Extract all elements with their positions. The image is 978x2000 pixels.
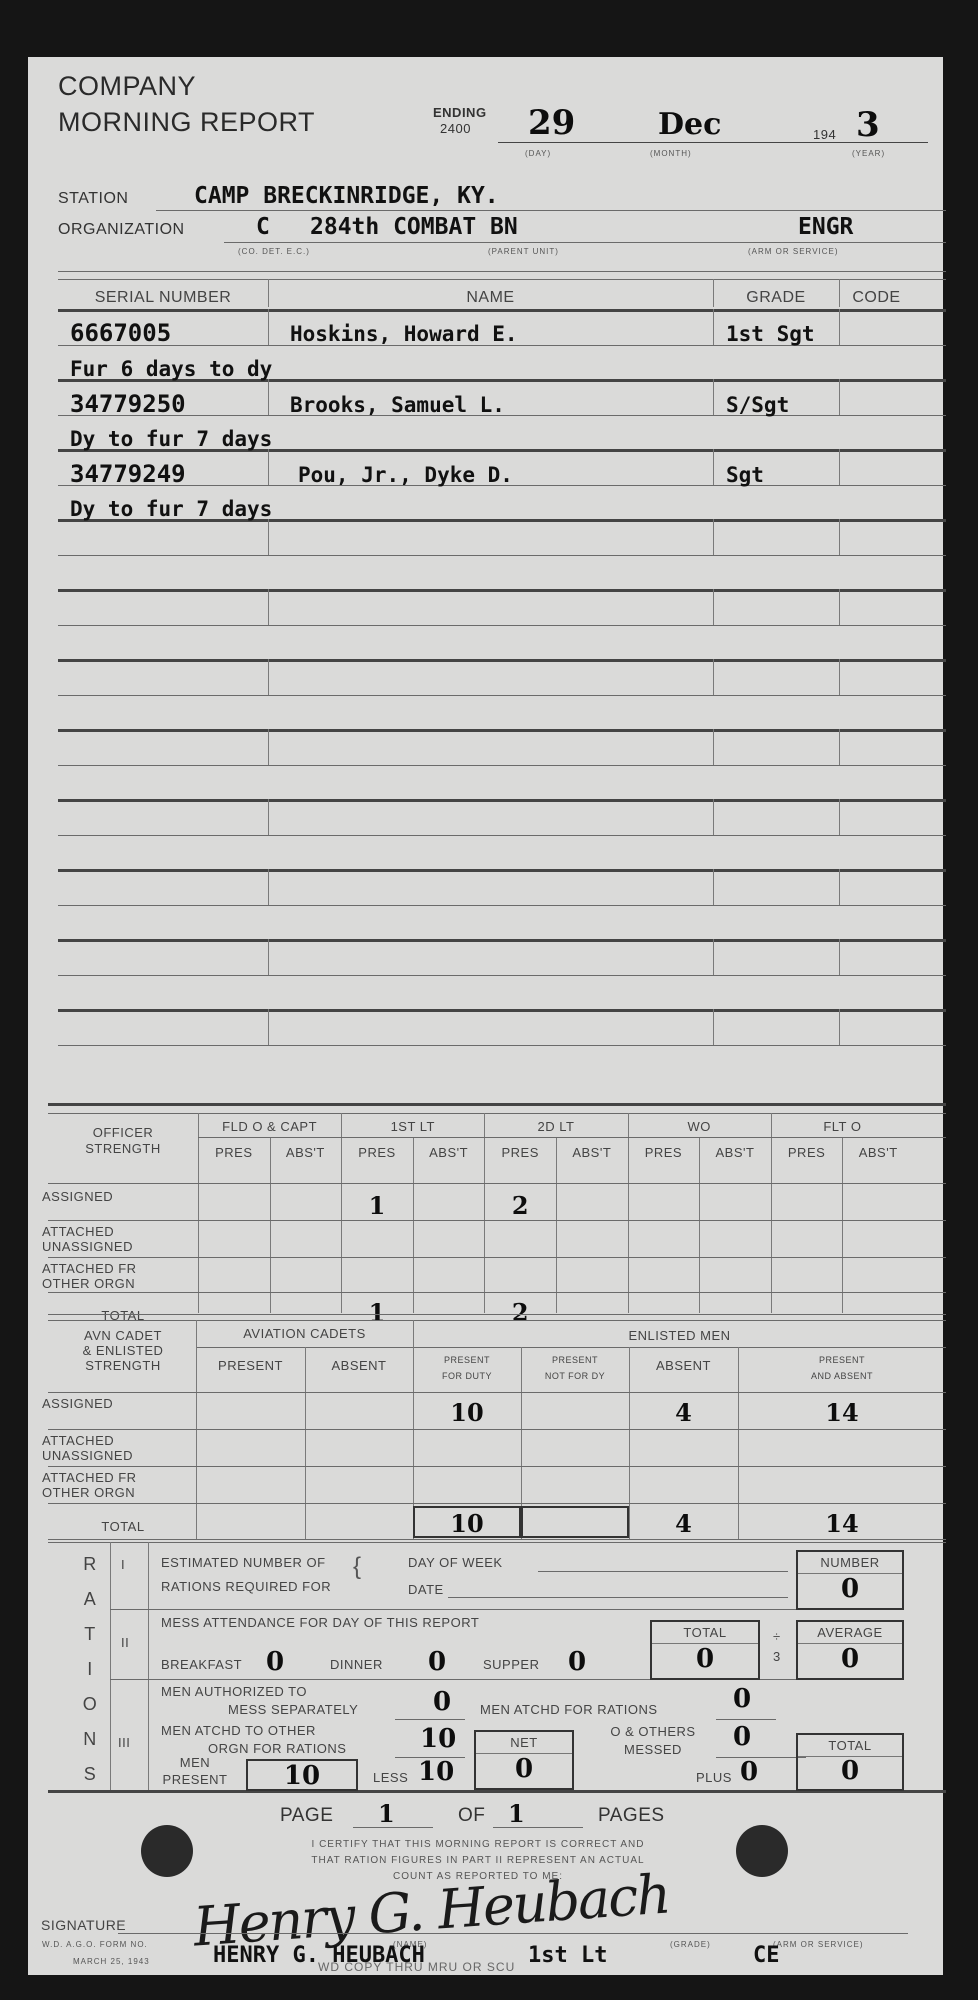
- mess-separately-1: MEN AUTHORIZED TO: [161, 1684, 307, 1699]
- others-messed-label: O & OTHERS MESSED: [593, 1723, 713, 1759]
- row-label-text: ASSIGNED: [42, 1396, 197, 1411]
- entry-name: Hoskins, Howard E.: [290, 322, 518, 346]
- row-label-text: ATTACHED FR: [42, 1470, 197, 1485]
- form-title-company: COMPANY: [58, 71, 196, 102]
- form-date: MARCH 25, 1943: [73, 1957, 150, 1966]
- row-label-text: OTHER ORGN: [42, 1276, 197, 1291]
- aviation-cadets-header: AVIATION CADETS: [196, 1326, 413, 1341]
- rations-letter: A: [80, 1582, 100, 1617]
- organization-label: ORGANIZATION: [58, 221, 185, 239]
- mess-total-value: 0: [652, 1644, 758, 1674]
- enlisted-col-header: PRESENT: [196, 1358, 305, 1373]
- rations-total-value: 0: [798, 1757, 902, 1785]
- average-label: AVERAGE: [798, 1622, 902, 1644]
- supper-value: 0: [568, 1647, 586, 1677]
- row-label-text: ATTACHED FR: [42, 1261, 197, 1276]
- atchd-for-rations-value: 0: [733, 1684, 751, 1714]
- entry-serial: 34779250: [70, 390, 186, 418]
- rations-letter: S: [80, 1757, 100, 1792]
- total-pages: 1: [508, 1799, 525, 1828]
- row-label-text: OTHER ORGN: [42, 1485, 197, 1500]
- officer-sub-abst: ABS'T: [270, 1145, 342, 1160]
- organization-company: C: [256, 214, 270, 240]
- part-ii-numeral: II: [121, 1635, 129, 1650]
- row-label-text: UNASSIGNED: [42, 1239, 197, 1254]
- ending-label: ENDING: [433, 105, 487, 120]
- rations-letter: I: [80, 1652, 100, 1687]
- organization-arm-service: ENGR: [798, 214, 853, 240]
- mess-total-label: TOTAL: [652, 1622, 758, 1644]
- morning-report-card: COMPANY MORNING REPORT ENDING 2400 29 (D…: [28, 57, 943, 1975]
- year-prefix: 194: [813, 127, 836, 142]
- supper-label: SUPPER: [483, 1657, 539, 1672]
- date-label: DATE: [408, 1582, 444, 1597]
- enlisted-row-label: TOTAL: [48, 1519, 198, 1534]
- ending-time: 2400: [440, 121, 471, 136]
- officer-sub-abst: ABS'T: [413, 1145, 485, 1160]
- dinner-value: 0: [428, 1647, 446, 1677]
- enlisted-col-header: PRESENT AND ABSENT: [738, 1352, 946, 1384]
- total-present-duty-box: [413, 1506, 521, 1538]
- officer-sub-abst: ABS'T: [699, 1145, 771, 1160]
- less-label: LESS: [373, 1770, 408, 1785]
- grade-sublabel: (GRADE): [670, 1940, 711, 1949]
- row-label-text: STRENGTH: [48, 1358, 198, 1373]
- col-serial-number: SERIAL NUMBER: [58, 289, 268, 307]
- divide-sign: ÷: [773, 1629, 781, 1644]
- enlisted-row-label: ASSIGNED: [42, 1396, 197, 1411]
- part-i-text-1: ESTIMATED NUMBER OF: [161, 1555, 326, 1570]
- enlisted-col-header: ABSENT: [305, 1358, 413, 1373]
- average-value: 0: [798, 1644, 902, 1674]
- arm-service-footer-sublabel: (ARM OR SERVICE): [773, 1940, 864, 1949]
- men-present-line1: MEN: [150, 1754, 240, 1771]
- rations-side-label: R A T I O N S: [80, 1547, 100, 1792]
- enlisted-cell: 14: [738, 1509, 946, 1538]
- year-label: (YEAR): [852, 149, 885, 158]
- officer-sub-pres: PRES: [198, 1145, 270, 1160]
- of-label: OF: [458, 1805, 485, 1827]
- men-present-box: 10: [246, 1759, 358, 1791]
- pages-label: PAGES: [598, 1805, 665, 1827]
- page-label: PAGE: [280, 1805, 333, 1827]
- officer-row-label: ATTACHED UNASSIGNED: [42, 1224, 197, 1254]
- row-label-text: ASSIGNED: [42, 1189, 197, 1204]
- less-value: 10: [418, 1757, 454, 1787]
- enlisted-cell: 4: [629, 1509, 738, 1538]
- signer-service: CE: [753, 1943, 780, 1968]
- rations-letter: R: [80, 1547, 100, 1582]
- dinner-label: DINNER: [330, 1657, 383, 1672]
- organization-parent-unit: 284th COMBAT BN: [310, 214, 518, 240]
- row-label-text: FOR DUTY: [413, 1368, 521, 1384]
- report-year-digit: 3: [856, 105, 880, 145]
- divisor: 3: [773, 1649, 781, 1664]
- officer-cell: 1: [341, 1298, 413, 1327]
- rations-total-box: TOTAL 0: [796, 1733, 904, 1791]
- rations-total-label: TOTAL: [798, 1735, 902, 1757]
- others-line1: O & OTHERS: [593, 1723, 713, 1741]
- signature-label: SIGNATURE: [41, 1917, 126, 1933]
- row-label-text: NOT FOR DY: [521, 1368, 629, 1384]
- officer-sub-abst: ABS'T: [556, 1145, 628, 1160]
- form-number: W.D. A.G.O. FORM NO.: [42, 1940, 148, 1949]
- net-value: 0: [476, 1754, 572, 1784]
- plus-value: 0: [740, 1757, 758, 1787]
- report-day: 29: [528, 103, 575, 143]
- certify-line1: I CERTIFY THAT THIS MORNING REPORT IS CO…: [238, 1837, 718, 1853]
- part-iii-numeral: III: [118, 1735, 130, 1750]
- row-label-text: PRESENT: [738, 1352, 946, 1368]
- net-label: NET: [476, 1732, 572, 1754]
- col-code: CODE: [839, 289, 914, 307]
- men-present-value: 10: [248, 1761, 356, 1791]
- binder-hole-right: [736, 1825, 788, 1877]
- officer-sub-pres: PRES: [484, 1145, 556, 1160]
- entry-remark: Dy to fur 7 days: [70, 427, 272, 451]
- entry-name: Brooks, Samuel L.: [290, 393, 505, 417]
- enlisted-cell: 10: [413, 1398, 521, 1427]
- company-sublabel: (CO. DET. E.C.): [238, 247, 310, 256]
- enlisted-title: AVN CADET & ENLISTED STRENGTH: [48, 1328, 198, 1373]
- entry-serial: 34779249: [70, 460, 186, 488]
- officer-sub-pres: PRES: [341, 1145, 413, 1160]
- officer-group-header: 1ST LT: [341, 1119, 484, 1134]
- row-label-text: AND ABSENT: [738, 1368, 946, 1384]
- officer-sub-abst: ABS'T: [842, 1145, 914, 1160]
- others-line2: MESSED: [593, 1741, 713, 1759]
- entry-name: Pou, Jr., Dyke D.: [298, 463, 513, 487]
- mess-attendance-title: MESS ATTENDANCE FOR DAY OF THIS REPORT: [161, 1615, 479, 1630]
- officer-group-header: WO: [628, 1119, 771, 1134]
- average-box: AVERAGE 0: [796, 1620, 904, 1680]
- station-label: STATION: [58, 190, 128, 208]
- officer-cell: 2: [484, 1191, 556, 1220]
- row-label-text: ABSENT: [629, 1358, 738, 1373]
- mess-separately-value: 0: [433, 1687, 451, 1717]
- entry-grade: 1st Sgt: [726, 322, 815, 346]
- mess-separately-2: MESS SEPARATELY: [228, 1702, 358, 1717]
- enlisted-col-header: ABSENT: [629, 1358, 738, 1373]
- parent-unit-sublabel: (PARENT UNIT): [488, 247, 559, 256]
- officer-group-header: FLD O & CAPT: [198, 1119, 341, 1134]
- enlisted-cell: 14: [738, 1398, 946, 1427]
- plus-label: PLUS: [696, 1770, 732, 1785]
- brace-icon: {: [353, 1553, 362, 1581]
- col-name: NAME: [268, 289, 713, 307]
- row-label-text: PRESENT: [413, 1352, 521, 1368]
- officer-cell: 2: [484, 1298, 556, 1327]
- enlisted-cell: 4: [629, 1398, 738, 1427]
- atchd-other-1: MEN ATCHD TO OTHER: [161, 1723, 316, 1738]
- enlisted-men-header: ENLISTED MEN: [413, 1328, 946, 1343]
- day-of-week-label: DAY OF WEEK: [408, 1555, 503, 1570]
- officer-row-label: ASSIGNED: [42, 1189, 197, 1204]
- officer-group-header: 2D LT: [484, 1119, 627, 1134]
- enlisted-row-label: ATTACHED FR OTHER ORGN: [42, 1470, 197, 1500]
- breakfast-value: 0: [266, 1647, 284, 1677]
- month-label: (MONTH): [650, 149, 692, 158]
- men-present-label: MEN PRESENT: [150, 1754, 240, 1788]
- number-value: 0: [798, 1574, 902, 1604]
- entry-remark: Fur 6 days to dy: [70, 357, 272, 381]
- rations-letter: T: [80, 1617, 100, 1652]
- enlisted-col-header: PRESENT NOT FOR DY: [521, 1352, 629, 1384]
- net-box: NET 0: [474, 1730, 574, 1790]
- enlisted-row-label: ATTACHED UNASSIGNED: [42, 1433, 197, 1463]
- row-label-text: ABSENT: [305, 1358, 413, 1373]
- row-label-text: AVN CADET: [48, 1328, 198, 1343]
- officer-sub-pres: PRES: [628, 1145, 700, 1160]
- form-title-morning-report: MORNING REPORT: [58, 107, 315, 138]
- page-number: 1: [378, 1799, 395, 1828]
- officer-group-header: FLT O: [771, 1119, 914, 1134]
- number-label: NUMBER: [798, 1552, 902, 1574]
- mess-total-box: TOTAL 0: [650, 1620, 760, 1680]
- report-month: Dec: [658, 107, 721, 142]
- officer-sub-pres: PRES: [771, 1145, 843, 1160]
- row-label-text: & ENLISTED: [48, 1343, 198, 1358]
- arm-service-sublabel: (ARM OR SERVICE): [748, 247, 839, 256]
- entry-remark: Dy to fur 7 days: [70, 497, 272, 521]
- breakfast-label: BREAKFAST: [161, 1657, 242, 1672]
- row-label-text: UNASSIGNED: [42, 1448, 197, 1463]
- row-label-text: ATTACHED: [42, 1433, 197, 1448]
- part-i-numeral: I: [121, 1557, 125, 1572]
- entry-grade: Sgt: [726, 463, 764, 487]
- signer-grade: 1st Lt: [528, 1943, 607, 1968]
- officer-cell: 1: [341, 1191, 413, 1220]
- station-value: CAMP BRECKINRIDGE, KY.: [194, 183, 499, 209]
- men-present-line2: PRESENT: [150, 1771, 240, 1788]
- atchd-other-value: 10: [420, 1724, 456, 1754]
- part-i-text-2: RATIONS REQUIRED FOR: [161, 1579, 331, 1594]
- binder-hole-left: [141, 1825, 193, 1877]
- entry-serial: 6667005: [70, 319, 171, 347]
- rations-letter: N: [80, 1722, 100, 1757]
- officer-title-line2: STRENGTH: [48, 1141, 198, 1157]
- enlisted-col-header: PRESENT FOR DUTY: [413, 1352, 521, 1384]
- col-grade: GRADE: [713, 289, 839, 307]
- copy-stamp: WD COPY THRU MRU OR SCU: [318, 1960, 515, 1974]
- rations-letter: O: [80, 1687, 100, 1722]
- row-label-text: PRESENT: [521, 1352, 629, 1368]
- others-messed-value: 0: [733, 1722, 751, 1752]
- total-present-not-duty-box: [521, 1506, 629, 1538]
- officer-strength-title: OFFICER STRENGTH: [48, 1125, 198, 1157]
- atchd-for-rations-label: MEN ATCHD FOR RATIONS: [480, 1702, 658, 1717]
- officer-title-line1: OFFICER: [48, 1125, 198, 1141]
- day-label: (DAY): [525, 149, 551, 158]
- officer-row-label: ATTACHED FR OTHER ORGN: [42, 1261, 197, 1291]
- entry-grade: S/Sgt: [726, 393, 789, 417]
- number-box: NUMBER 0: [796, 1550, 904, 1610]
- row-label-text: PRESENT: [196, 1358, 305, 1373]
- row-label-text: TOTAL: [48, 1519, 198, 1534]
- row-label-text: ATTACHED: [42, 1224, 197, 1239]
